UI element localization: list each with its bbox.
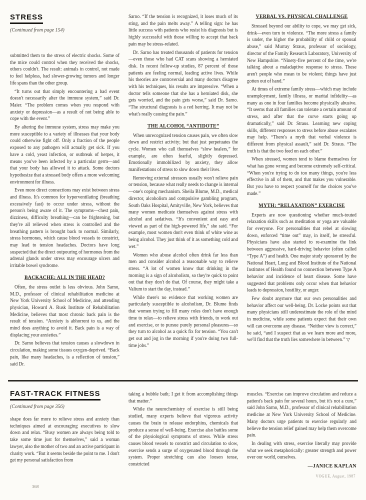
stress-paragraph: Sarno. “If the tension is recognized, it… <box>129 14 239 48</box>
verbal-physical-heading: VERBAL VS. PHYSICAL CHALLENGE <box>247 14 357 20</box>
stress-paragraph: Few doubt anymore that our own personali… <box>247 296 357 344</box>
stress-paragraph: submitted them to the stress of electric… <box>10 53 120 87</box>
stress-continued-note: (Continued from page 154) <box>10 28 120 34</box>
stress-paragraph: Often, the stress outlet is less obvious… <box>10 284 120 339</box>
fitness-column-3: muscles. “Exercise can improve circulati… <box>247 390 357 479</box>
stress-article-section: STRESS (Continued from page 154) submitt… <box>0 0 366 380</box>
author-byline: —JANICE KAPLAN <box>247 464 357 470</box>
publication-footer: VOGUE, August, 1987 <box>247 474 356 479</box>
stress-paragraph: Experts are now questioning whether much… <box>247 212 357 294</box>
stress-paragraph: “It turns out that simply encountering a… <box>10 89 120 123</box>
stress-paragraph: Dr. Sarno has treated thousands of patie… <box>129 50 239 119</box>
relaxation-myth-heading: MYTH: “RELAXATION” EXERCISE <box>247 203 357 209</box>
magazine-page-scan: STRESS (Continued from page 154) submitt… <box>0 0 366 500</box>
page-number: 368 <box>32 484 39 489</box>
stress-paragraph: While there's no evidence that working w… <box>129 295 239 350</box>
fitness-paragraph: shape does far more to relieve stress an… <box>10 417 120 465</box>
stress-paragraph: Dr. Sarno believes that tension causes a… <box>10 341 120 368</box>
fitness-continued-note: (Continued from page 356) <box>10 404 120 410</box>
backache-heading: BACKACHE: ALL IN THE HEAD? <box>10 275 120 281</box>
fitness-paragraph: In dealing with stress, exercise literal… <box>247 441 357 462</box>
stress-paragraph: Even more direct connections may exist b… <box>10 188 120 270</box>
stress-paragraph: By altering the immune system, stress ma… <box>10 125 120 187</box>
stress-paragraph: When stressed, women tend to blame thems… <box>247 157 357 198</box>
stress-column-2: Sarno. “If the tension is recognized, it… <box>129 13 239 380</box>
fitness-column-2: taking a bubble bath; I get it from acco… <box>129 390 239 479</box>
fitness-article-title: FAST-TRACK FITNESS <box>10 390 100 401</box>
fitness-paragraph: taking a bubble bath; I get it from acco… <box>129 392 239 406</box>
stress-paragraph: Women who abuse alcohol often drink far … <box>129 252 239 293</box>
stress-paragraph: At times of extreme family stress—which … <box>247 87 357 156</box>
fitness-paragraph: While the neurochemistry of exercise is … <box>129 407 239 469</box>
fitness-article-section: FAST-TRACK FITNESS (Continued from page … <box>0 382 366 479</box>
page: STRESS (Continued from page 154) submitt… <box>0 0 366 500</box>
fitness-column-1: FAST-TRACK FITNESS (Continued from page … <box>10 390 120 479</box>
stress-paragraph: When unrecognized tension causes pain, w… <box>129 133 239 174</box>
stress-paragraph: Stressed beyond our ability to cope, we … <box>247 24 357 86</box>
stress-article-title: STRESS <box>10 13 43 24</box>
stress-paragraph: Removing external stressors usually won'… <box>129 175 239 250</box>
alcohol-antidote-heading: THE ALCOHOL “ANTIDOTE” <box>129 123 239 129</box>
stress-column-3: VERBAL VS. PHYSICAL CHALLENGE Stressed b… <box>247 13 357 380</box>
fitness-paragraph: muscles. “Exercise can improve circulati… <box>247 392 357 440</box>
stress-column-1: STRESS (Continued from page 154) submitt… <box>10 13 120 380</box>
